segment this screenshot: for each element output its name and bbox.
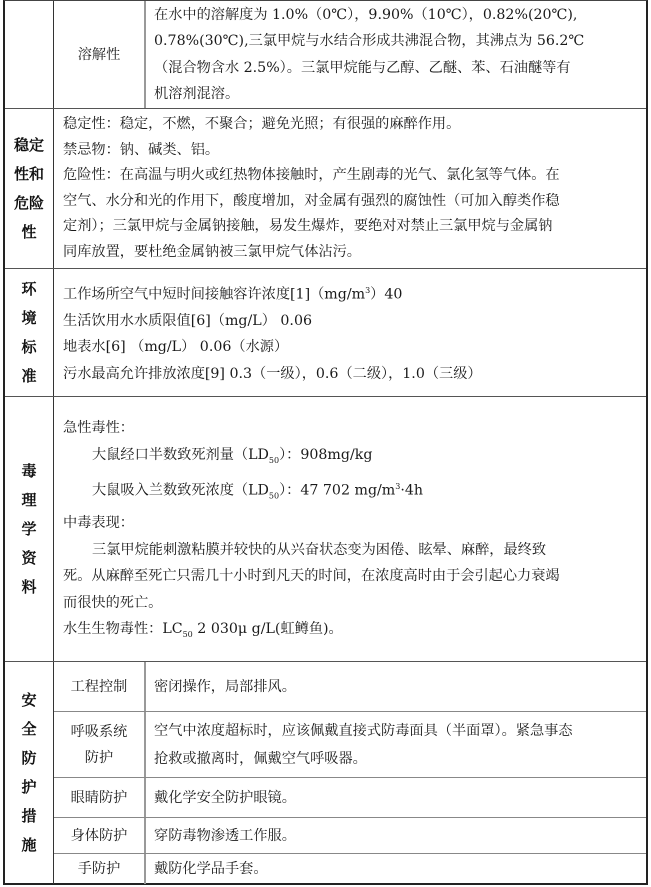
sublabel-eye-protection: 眼睛防护 — [54, 778, 146, 817]
hazard-line: 危险性：在高温与明火或红热物体接触时，产生剧毒的光气、氯化氢等气体。在 — [63, 163, 638, 189]
category-label-safety: 安 全 防 护 措 施 — [21, 686, 37, 860]
acute-toxicity-heading: 急性毒性： — [63, 415, 638, 442]
safety-row-respiratory: 呼吸系统 防护 空气中浓度超标时，应该佩戴直接式防毒面具（半面罩）。紧急事态 抢… — [54, 712, 646, 778]
solubility-line: 在水中的溶解度为 1.0%（0℃），9.90%（10℃），0.82%(20℃), — [154, 2, 638, 29]
hazard-line: 同库放置，要杜绝金属钠被三氯甲烷气体沾污。 — [63, 240, 638, 266]
ld50-inhalation: 大鼠吸入兰数致死浓度（LD50）：47 702 mg/m3·4h — [63, 474, 638, 510]
row-solubility: 溶解性 在水中的溶解度为 1.0%（0℃），9.90%（10℃），0.82%(2… — [5, 1, 646, 109]
category-cell-safety: 安 全 防 护 措 施 — [5, 662, 54, 884]
row-safety-measures: 安 全 防 护 措 施 工程控制 密闭操作，局部排风。 呼吸系统 防护 — [5, 662, 646, 884]
solubility-text: 在水中的溶解度为 1.0%（0℃），9.90%（10℃），0.82%(20℃),… — [146, 1, 646, 108]
row-toxicology: 毒 理 学 资 料 急性毒性： 大鼠经口半数致死剂量（LD50）：908mg/k… — [5, 397, 646, 662]
poisoning-line: 三氯甲烷能刺激粘膜并较快的从兴奋状态变为困倦、眩晕、麻醉，最终致 — [63, 537, 638, 564]
stability-content: 稳定性：稳定，不燃，不聚合；避免光照；有很强的麻醉作用。 禁忌物：钠、碱类、铝。… — [54, 109, 646, 268]
respiratory-protection-text: 空气中浓度超标时，应该佩戴直接式防毒面具（半面罩）。紧急事态 抢救或撤离时，佩戴… — [146, 712, 646, 777]
env-standard-item: 污水最高允许排放浓度[9] 0.3（一级），0.6（二级），1.0（三级） — [63, 361, 638, 388]
env-standard-item: 工作场所空气中短时间接触容许浓度[1]（mg/m3）40 — [63, 278, 638, 308]
poisoning-line: 而很快的死亡。 — [63, 590, 638, 617]
solubility-line: （混合物含水 2.5%）。三氯甲烷能与乙醇、乙醚、苯、石油醚等有 — [154, 55, 638, 82]
engineering-control-text: 密闭操作，局部排风。 — [146, 662, 646, 711]
env-standard-item: 生活饮用水水质限值[6]（mg/L） 0.06 — [63, 308, 638, 335]
solubility-line: 机溶剂混溶。 — [154, 81, 638, 108]
hazard-line: 定剂）；三氯甲烷与金属钠接触，易发生爆炸，要绝对对禁止三氯甲烷与金属钠 — [63, 214, 638, 240]
safety-subgrid: 工程控制 密闭操作，局部排风。 呼吸系统 防护 空气中浓度超标时，应该佩戴直接式… — [54, 662, 646, 884]
incompatibles-line: 禁忌物：钠、碱类、铝。 — [63, 138, 638, 164]
category-label-toxicology: 毒 理 学 资 料 — [21, 457, 37, 602]
row-environment-standards: 环 境 标 准 工作场所空气中短时间接触容许浓度[1]（mg/m3）40 生活饮… — [5, 269, 646, 397]
hazard-line: 空气、水分和光的作用下，酸度增加，对金属有强烈的腐蚀性（可加入醇类作稳 — [63, 189, 638, 215]
safety-row-engineering: 工程控制 密闭操作，局部排风。 — [54, 662, 646, 712]
toxicology-content: 急性毒性： 大鼠经口半数致死剂量（LD50）：908mg/kg 大鼠吸入兰数致死… — [54, 397, 646, 661]
body-protection-text: 穿防毒物渗透工作服。 — [146, 818, 646, 853]
category-cell-stability: 稳定 性和 危险 性 — [5, 109, 54, 268]
stability-line: 稳定性：稳定，不燃，不聚合；避免光照；有很强的麻醉作用。 — [63, 112, 638, 138]
sublabel-body-protection: 身体防护 — [54, 818, 146, 853]
safety-row-body: 身体防护 穿防毒物渗透工作服。 — [54, 818, 646, 854]
eye-protection-text: 戴化学安全防护眼镜。 — [146, 778, 646, 817]
msds-table: 溶解性 在水中的溶解度为 1.0%（0℃），9.90%（10℃），0.82%(2… — [3, 0, 648, 885]
aquatic-toxicity: 水生生物毒性：LC50 2 030μ g/L(虹鳟鱼)。 — [63, 616, 638, 648]
category-cell-environment: 环 境 标 准 — [5, 269, 54, 396]
safety-row-eye: 眼睛防护 戴化学安全防护眼镜。 — [54, 778, 646, 818]
sublabel-engineering-control: 工程控制 — [54, 662, 146, 711]
environment-content: 工作场所空气中短时间接触容许浓度[1]（mg/m3）40 生活饮用水水质限值[6… — [54, 269, 646, 396]
row-stability-hazard: 稳定 性和 危险 性 稳定性：稳定，不燃，不聚合；避免光照；有很强的麻醉作用。 … — [5, 109, 646, 269]
hand-protection-text: 戴防化学品手套。 — [146, 854, 646, 884]
solubility-subrow: 溶解性 在水中的溶解度为 1.0%（0℃），9.90%（10℃），0.82%(2… — [54, 1, 646, 108]
ld50-oral: 大鼠经口半数致死剂量（LD50）：908mg/kg — [63, 442, 638, 474]
category-cell-toxicology: 毒 理 学 资 料 — [5, 397, 54, 661]
safety-row-hand: 手防护 戴防化学品手套。 — [54, 854, 646, 884]
category-label-stability: 稳定 性和 危险 性 — [13, 131, 45, 247]
solubility-subgrid: 溶解性 在水中的溶解度为 1.0%（0℃），9.90%（10℃），0.82%(2… — [54, 1, 646, 108]
poisoning-heading: 中毒表现： — [63, 510, 638, 537]
category-cell-empty — [5, 1, 54, 108]
sublabel-respiratory-protection: 呼吸系统 防护 — [54, 712, 146, 777]
solubility-line: 0.78%(30℃),三氯甲烷与水结合形成共沸混合物，其沸点为 56.2℃ — [154, 28, 638, 55]
poisoning-line: 死。从麻醉至死亡只需几十小时到凡天的时间，在浓度高时由于会引起心力衰竭 — [63, 563, 638, 590]
solubility-label: 溶解性 — [54, 1, 146, 108]
sublabel-hand-protection: 手防护 — [54, 854, 146, 884]
env-standard-item: 地表水[6] （mg/L） 0.06（水源） — [63, 334, 638, 361]
category-label-environment: 环 境 标 准 — [21, 275, 37, 391]
